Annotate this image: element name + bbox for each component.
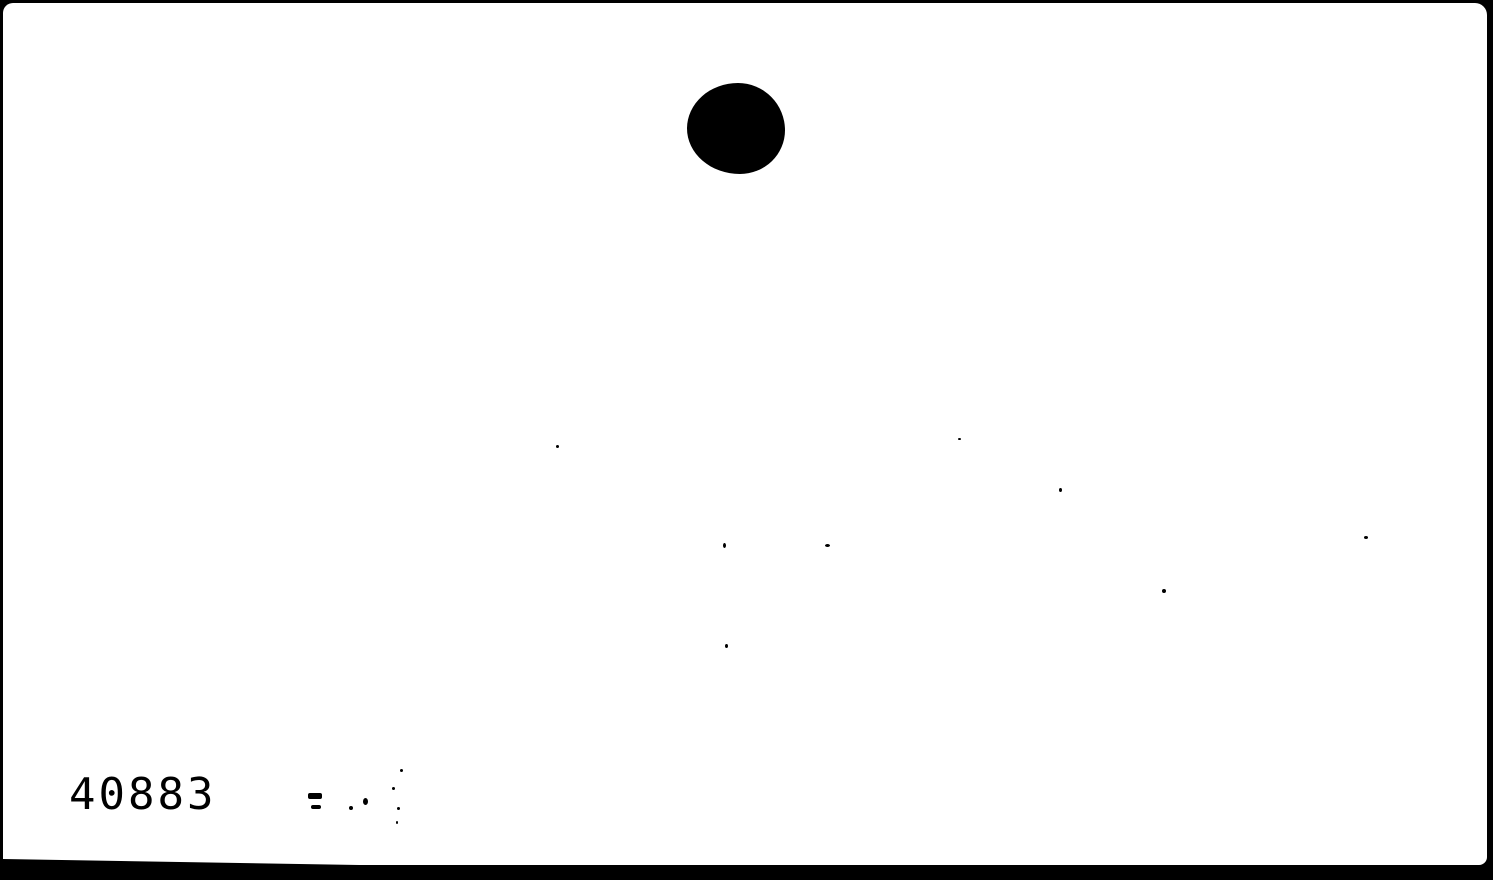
speck <box>392 787 395 790</box>
punch-hole <box>687 83 785 174</box>
speck <box>556 445 559 448</box>
speck <box>397 807 400 810</box>
ink-mark <box>308 793 322 799</box>
speck <box>723 543 726 548</box>
speck <box>363 798 368 805</box>
index-card: 40883 <box>3 3 1487 865</box>
card-number: 40883 <box>69 773 216 817</box>
speck <box>396 821 398 824</box>
speck <box>958 438 961 440</box>
speck <box>400 769 403 772</box>
speck <box>1059 488 1062 492</box>
speck <box>1364 536 1368 539</box>
ink-mark <box>311 805 321 809</box>
speck <box>825 544 830 547</box>
speck <box>349 806 353 810</box>
speck <box>1162 589 1166 593</box>
speck <box>725 644 728 648</box>
